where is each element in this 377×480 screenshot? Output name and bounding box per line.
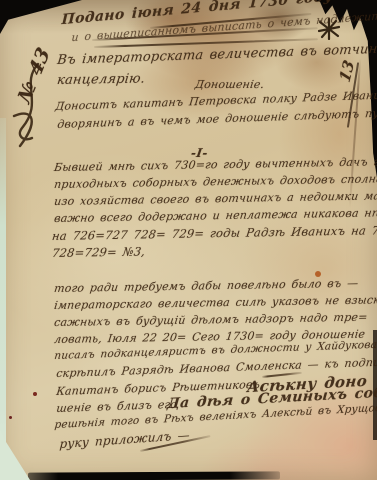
stain-spot <box>33 392 37 396</box>
manuscript-line: 728=729= №3, <box>51 244 146 260</box>
stain-spot <box>9 416 12 419</box>
manuscript-line: Доношеніе. <box>194 78 265 91</box>
stain-spot <box>315 271 321 277</box>
scanner-edge-left <box>0 118 6 480</box>
manuscript-line: канцелярію. <box>56 71 146 88</box>
scanned-manuscript-page: Подано іюня 24 дня 1730 году записать въ… <box>0 0 377 480</box>
scan-gap-bottom <box>28 471 280 480</box>
